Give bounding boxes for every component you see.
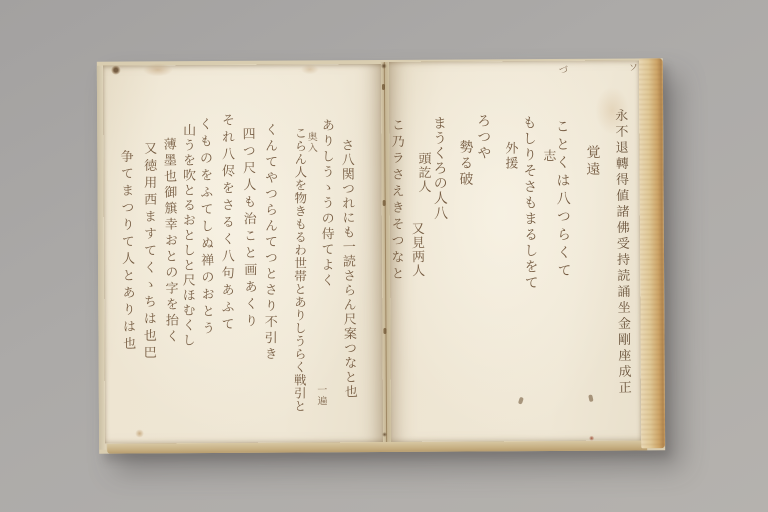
text-column: 頭訖人 xyxy=(416,152,429,194)
text-column: くものをふてしぬ禅のおとう xyxy=(197,117,213,338)
text-column: 争てまつりて人とありは也 xyxy=(119,149,135,353)
gutter-speck xyxy=(382,432,387,437)
text-column: こ乃ラさえきそつなと xyxy=(389,118,402,283)
text-column: さ八関つれにも一読さらん尺案つなと也 xyxy=(339,138,355,399)
text-column: 志 xyxy=(541,149,554,165)
interlinear-note: 一遍 xyxy=(315,384,325,406)
edge-ink-mark: ソ xyxy=(629,60,638,73)
edge-speck xyxy=(589,436,594,441)
text-column: それ八侭をさるく八句あふて xyxy=(220,113,234,334)
text-column: もしりそさもまるしをて xyxy=(522,115,538,291)
edge-ink-mark: づ xyxy=(559,63,568,76)
text-column: 四つ尺人も治こと画あくり xyxy=(240,127,256,331)
text-column: 薄墨也御簱幸おとの字を抬く xyxy=(162,137,178,345)
stitch-mark xyxy=(383,200,386,206)
text-column: ありしうゝうの侍てよく xyxy=(319,118,332,289)
text-column: ろつや xyxy=(476,113,491,161)
gutter-fold-line xyxy=(384,62,387,442)
photo-background: づ ソ 永不退轉得値諸佛受持読誦坐金剛座成正 覚遠 ことくは八つらくて 志 もし… xyxy=(0,0,768,512)
text-column: 永不退轉得値諸佛受持読誦坐金剛座成正 xyxy=(613,108,630,396)
stitch-mark xyxy=(382,84,385,90)
text-column: 山うを吹とるおとしと尺ほむくし xyxy=(181,123,195,348)
foxing-stain xyxy=(301,64,319,74)
text-column: 覚遠 xyxy=(585,145,599,179)
open-book: づ ソ 永不退轉得値諸佛受持読誦坐金剛座成正 覚遠 ことくは八つらくて 志 もし… xyxy=(97,58,665,453)
text-column: ことくは八つらくて xyxy=(555,119,571,281)
text-column: 外援 xyxy=(503,141,516,171)
text-column: こらん人を物きもるわ世帯とありしうらく戦引と xyxy=(293,126,306,412)
gutter-speck xyxy=(381,63,387,69)
stitch-mark xyxy=(383,328,386,334)
corner-spot xyxy=(135,429,144,437)
book-fore-edge xyxy=(639,58,665,448)
text-column: くんてやつらんてつとさり不引き xyxy=(263,123,277,363)
text-column: まうくろの人八 xyxy=(432,116,447,221)
text-column: 又徳用西ますてくゝちは也巴 xyxy=(142,141,156,362)
corner-ink-stain xyxy=(111,66,121,75)
text-column: 又見两人 xyxy=(410,222,424,278)
text-column: 勢る破 xyxy=(458,139,472,187)
